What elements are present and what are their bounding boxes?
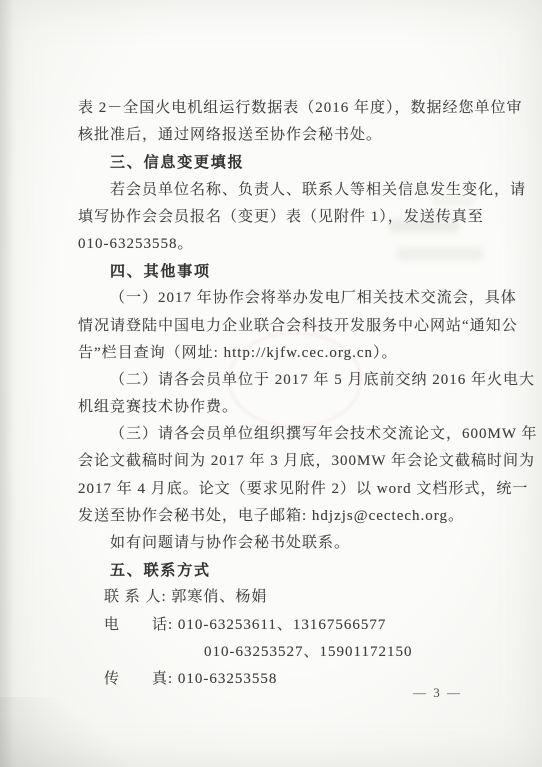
section-heading-5: 五、联系方式 [78, 557, 486, 584]
phone-line: 电 话: 010-63253611、13167566577 [78, 612, 486, 639]
body-line: 填写协作会会员报名（变更）表（见附件 1），发送传真至 [78, 204, 486, 231]
scan-edge-shading [0, 0, 14, 767]
body-line: 表 2－全国火电机组运行数据表（2016 年度），数据经您单位审 [78, 95, 486, 122]
section-heading-4: 四、其他事项 [78, 258, 486, 285]
email-line: 发送至协作会秘书处，电子邮箱: hdjzjs@cectech.org。 [78, 503, 486, 530]
contact-person-line: 联 系 人: 郭寒俏、杨娟 [78, 584, 486, 611]
body-line: （一）2017 年协作会将举办发电厂相关技术交流会，具体 [78, 285, 486, 312]
fax-number-line: 010-63253558。 [78, 231, 486, 258]
scan-corner-shadow [0, 697, 140, 767]
body-line: 2017 年 4 月底。论文（要求见附件 2）以 word 文档形式，统一 [78, 476, 486, 503]
website-line: 告”栏目查询（网址: http://kjfw.cec.org.cn）。 [78, 340, 486, 367]
body-line: （二）请各会员单位于 2017 年 5 月底前交纳 2016 年火电大 [78, 367, 486, 394]
body-line: 机组竞赛技术协作费。 [78, 394, 486, 421]
body-line: （三）请各会员单位组织撰写年会技术交流论文，600MW 年 [78, 421, 486, 448]
body-line: 会论文截稿时间为 2017 年 3 月底，300MW 年会论文截稿时间为 [78, 448, 486, 475]
body-line: 若会员单位名称、负责人、联系人等相关信息发生变化，请 [78, 177, 486, 204]
body-line: 核批准后，通过网络报送至协作会秘书处。 [78, 122, 486, 149]
scanned-document-page: 表 2－全国火电机组运行数据表（2016 年度），数据经您单位审 核批准后，通过… [0, 0, 542, 767]
phone-continuation-line: 010-63253527、15901172150 [78, 639, 486, 666]
body-line: 情况请登陆中国电力企业联合会科技开发服务中心网站“通知公 [78, 313, 486, 340]
page-number: — 3 — [413, 685, 462, 701]
body-line: 如有问题请与协作会秘书处联系。 [78, 530, 486, 557]
document-body: 表 2－全国火电机组运行数据表（2016 年度），数据经您单位审 核批准后，通过… [78, 95, 486, 693]
section-heading-3: 三、信息变更填报 [78, 149, 486, 176]
